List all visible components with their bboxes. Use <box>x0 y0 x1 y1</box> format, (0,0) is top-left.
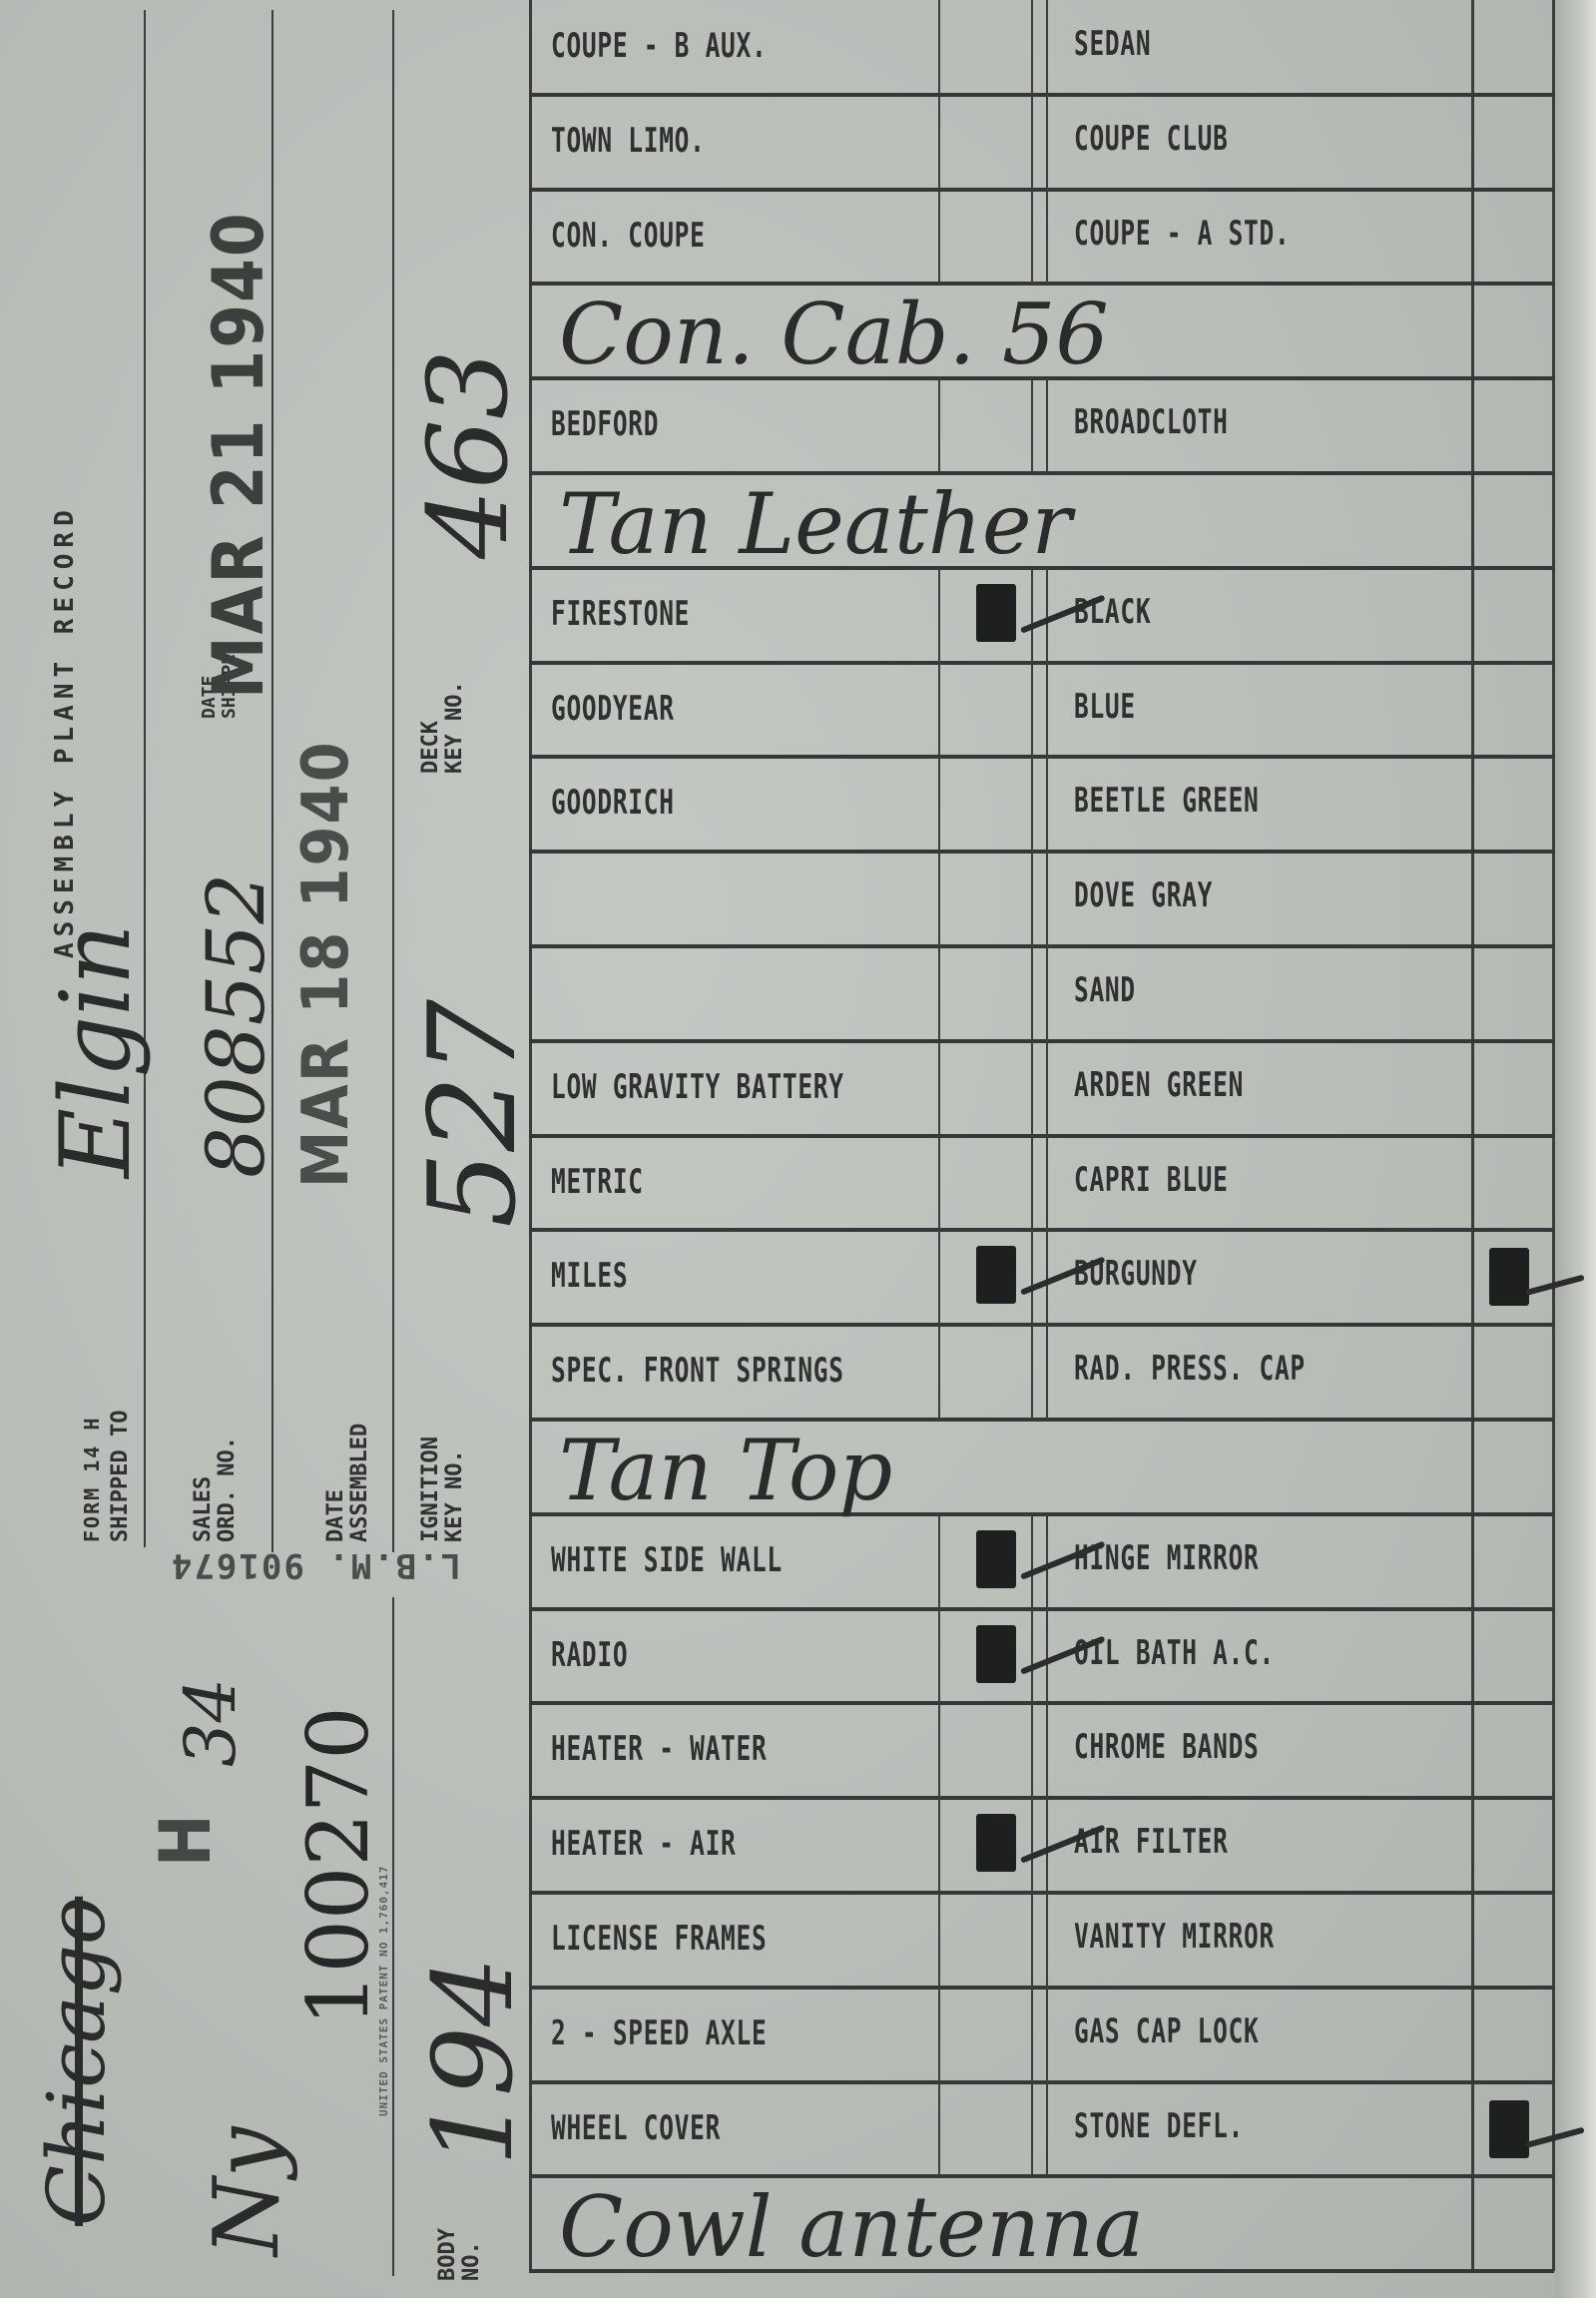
option-label-right: RAD. PRESS. CAP <box>1074 1349 1306 1389</box>
check-mark-right <box>1489 1248 1529 1306</box>
row-divider <box>529 93 1554 97</box>
option-label-left: GOODRICH <box>551 783 675 823</box>
option-checkbox-right[interactable] <box>1475 1707 1548 1792</box>
date-assembled-label: DATE ASSEMBLED <box>324 1424 372 1542</box>
option-checkbox-mid[interactable] <box>942 1140 1027 1225</box>
column-divider <box>1046 378 1048 473</box>
option-checkbox-right[interactable] <box>1475 1613 1548 1698</box>
sales-ord-label-line1: SALES <box>192 1436 216 1542</box>
divider <box>392 10 394 1552</box>
row-divider <box>529 188 1554 192</box>
column-divider <box>938 2082 940 2177</box>
option-label-left: FIRESTONE <box>551 594 690 634</box>
column-divider <box>1031 568 1033 663</box>
handwritten-note: Tan Top <box>559 1426 892 1515</box>
shipped-to-label: SHIPPED TO <box>108 1411 133 1542</box>
column-divider <box>1031 1703 1033 1798</box>
body-no-value: 194 <box>409 1957 537 2166</box>
option-label-right: VANITY MIRROR <box>1074 1917 1275 1957</box>
option-checkbox-mid[interactable] <box>942 856 1027 940</box>
option-checkbox-right[interactable] <box>1475 1992 1548 2076</box>
option-checkbox-right[interactable] <box>1475 1045 1548 1130</box>
option-label-right: GAS CAP LOCK <box>1074 2011 1260 2051</box>
serial-handwritten-code: 34 <box>170 1678 252 1767</box>
column-divider <box>1031 1230 1033 1325</box>
handwritten-note: Con. Cab. 56 <box>559 289 1109 379</box>
column-divider <box>1031 1798 1033 1893</box>
ignition-key-value: 527 <box>404 999 543 1228</box>
option-checkbox-mid[interactable] <box>942 99 1027 184</box>
column-divider <box>1031 1893 1033 1988</box>
column-divider <box>938 378 940 473</box>
crossed-out-location: Chicago <box>30 1897 123 2226</box>
column-divider <box>1046 757 1048 852</box>
column-divider <box>1031 1609 1033 1704</box>
option-checkbox-right[interactable] <box>1475 1897 1548 1982</box>
handwritten-note: Tan Leather <box>559 479 1072 569</box>
column-divider <box>1046 1514 1048 1609</box>
ignition-key-label-line1: IGNITION <box>419 1436 443 1542</box>
column-divider <box>938 1798 940 1893</box>
column-divider <box>938 1136 940 1231</box>
option-label-left: LOW GRAVITY BATTERY <box>551 1067 844 1107</box>
row-divider <box>529 850 1554 854</box>
deck-key-label-line1: DECK <box>419 681 443 774</box>
check-mark-mid <box>976 1246 1016 1304</box>
option-label-left: MILES <box>551 1256 628 1296</box>
deck-key-label: DECK KEY NO. <box>419 681 467 774</box>
column-divider <box>938 1988 940 2082</box>
row-divider <box>529 1134 1554 1138</box>
option-label-right: ARDEN GREEN <box>1074 1065 1244 1105</box>
option-checkbox-mid[interactable] <box>942 667 1027 752</box>
option-checkbox-right[interactable] <box>1475 4 1548 89</box>
option-checkbox-mid[interactable] <box>942 194 1027 279</box>
option-checkbox-right[interactable] <box>1475 1329 1548 1414</box>
column-divider <box>938 95 940 190</box>
option-checkbox-mid[interactable] <box>942 4 1027 89</box>
serial-prefix: H <box>145 1814 227 1867</box>
row-divider <box>529 1986 1554 1990</box>
option-label-left: GOODYEAR <box>551 689 675 729</box>
date-assembled-label-line2: ASSEMBLED <box>348 1424 372 1542</box>
column-divider <box>1031 190 1033 285</box>
column-divider <box>1031 95 1033 190</box>
option-label-right: BLUE <box>1074 687 1136 727</box>
column-divider <box>938 1609 940 1704</box>
column-divider <box>938 852 940 946</box>
column-divider <box>1031 2082 1033 2177</box>
column-divider <box>938 1041 940 1136</box>
column-divider <box>1046 1703 1048 1798</box>
column-divider <box>1046 1041 1048 1136</box>
option-label-left: BEDFORD <box>551 404 659 444</box>
option-label-right: BLACK <box>1074 592 1151 632</box>
option-checkbox-right[interactable] <box>1475 1140 1548 1225</box>
option-label-left: LICENSE FRAMES <box>551 1919 767 1959</box>
column-divider <box>1046 190 1048 285</box>
option-checkbox-mid[interactable] <box>942 2086 1027 2171</box>
column-divider <box>938 568 940 663</box>
row-divider <box>529 661 1554 665</box>
option-label-right: SAND <box>1074 970 1136 1010</box>
column-divider <box>1031 1514 1033 1609</box>
option-label-left: HEATER - AIR <box>551 1824 737 1864</box>
option-checkbox-mid[interactable] <box>942 761 1027 846</box>
row-divider <box>529 2080 1554 2084</box>
column-divider <box>1031 1988 1033 2082</box>
option-checkbox-right[interactable] <box>1475 761 1548 846</box>
option-label-left: RADIO <box>551 1635 628 1675</box>
divider <box>144 10 146 1547</box>
check-mark-mid <box>976 1625 1016 1683</box>
column-divider <box>1031 852 1033 946</box>
column-divider <box>938 1893 940 1988</box>
row-divider <box>529 1796 1554 1800</box>
row-divider <box>529 755 1554 759</box>
date-assembled-label-line1: DATE <box>324 1424 348 1542</box>
option-checkbox-right[interactable] <box>1475 1802 1548 1887</box>
row-divider <box>529 1701 1554 1705</box>
option-checkbox-right[interactable] <box>1475 950 1548 1035</box>
option-label-left: 2 - SPEED AXLE <box>551 2013 767 2053</box>
option-checkbox-mid[interactable] <box>942 1045 1027 1130</box>
option-checkbox-right[interactable] <box>1475 856 1548 940</box>
column-divider <box>1046 1136 1048 1231</box>
check-mark-mid <box>976 584 1016 642</box>
option-label-left: SPEC. FRONT SPRINGS <box>551 1351 844 1391</box>
column-divider <box>1046 1325 1048 1420</box>
option-checkbox-mid[interactable] <box>942 950 1027 1035</box>
option-label-right: COUPE CLUB <box>1074 119 1229 159</box>
option-label-left: WHITE SIDE WALL <box>551 1540 783 1580</box>
date-assembled-stamp: MAR 18 1940 <box>289 740 363 1188</box>
column-divider <box>1046 663 1048 758</box>
body-no-label: BODY NO. <box>436 2228 484 2281</box>
column-divider <box>1031 378 1033 473</box>
column-divider <box>938 1230 940 1325</box>
body-no-label-line2: NO. <box>460 2228 484 2281</box>
column-divider <box>938 1514 940 1609</box>
check-mark-mid <box>976 1530 1016 1588</box>
option-label-left: HEATER - WATER <box>551 1729 767 1769</box>
option-checkbox-mid[interactable] <box>942 382 1027 467</box>
option-checkbox-mid[interactable] <box>942 1992 1027 2076</box>
serial-handwritten-prefix: Ny <box>195 2126 299 2256</box>
column-divider <box>1046 1609 1048 1704</box>
option-checkbox-right[interactable] <box>1475 194 1548 279</box>
option-checkbox-right[interactable] <box>1475 99 1548 184</box>
card-edge <box>1555 0 1596 2298</box>
shipped-to-value: Elgin <box>40 923 152 1178</box>
column-divider <box>1031 1041 1033 1136</box>
lbm-number: L.B.M. 901674 <box>170 1545 461 1585</box>
column-divider <box>938 190 940 285</box>
row-divider <box>529 944 1554 948</box>
form-title: ASSEMBLY PLANT RECORD <box>50 504 80 958</box>
column-divider <box>1046 2082 1048 2177</box>
option-label-left: CON. COUPE <box>551 216 706 256</box>
date-shipped-stamp: MAR 21 1940 <box>198 211 279 699</box>
body-no-label-line1: BODY <box>436 2228 460 2281</box>
option-label-right: BEETLE GREEN <box>1074 781 1260 821</box>
option-label-right: BROADCLOTH <box>1074 402 1229 442</box>
deck-key-label-line2: KEY NO. <box>443 681 467 774</box>
row-divider <box>529 1891 1554 1895</box>
patent-number: UNITED STATES PATENT NO 1,760,417 <box>377 1865 390 2116</box>
row-divider <box>529 1607 1554 1611</box>
row-divider <box>529 1228 1554 1232</box>
column-divider <box>1046 95 1048 190</box>
column-divider <box>938 0 940 95</box>
sales-ord-label: SALES ORD. NO. <box>192 1436 240 1542</box>
option-label-left: TOWN LIMO. <box>551 121 706 161</box>
column-divider <box>1046 1893 1048 1988</box>
column-divider <box>1031 757 1033 852</box>
option-label-right: STONE DEFL. <box>1074 2106 1244 2146</box>
column-divider <box>1046 946 1048 1041</box>
option-checkbox-right[interactable] <box>1475 1518 1548 1603</box>
form-number: FORM 14 H <box>80 1417 104 1542</box>
option-label-right: CAPRI BLUE <box>1074 1160 1229 1200</box>
row-divider <box>529 1039 1554 1043</box>
column-divider <box>938 946 940 1041</box>
column-divider <box>1031 0 1033 95</box>
column-divider <box>1031 1136 1033 1231</box>
option-checkbox-right[interactable] <box>1475 572 1548 657</box>
column-divider <box>1031 663 1033 758</box>
option-label-left: WHEEL COVER <box>551 2108 721 2148</box>
column-divider <box>938 1703 940 1798</box>
option-checkbox-mid[interactable] <box>942 1707 1027 1792</box>
row-divider <box>529 1323 1554 1327</box>
column-divider <box>1046 1988 1048 2082</box>
option-checkbox-right[interactable] <box>1475 382 1548 467</box>
ignition-key-label: IGNITION KEY NO. <box>419 1436 467 1542</box>
serial-stamp: 100270 <box>289 1706 387 2026</box>
option-checkbox-right[interactable] <box>1475 667 1548 752</box>
check-mark-mid <box>976 1814 1016 1872</box>
divider <box>392 1597 394 2276</box>
deck-key-value: 463 <box>404 349 532 559</box>
sales-ord-label-line2: ORD. NO. <box>216 1436 240 1542</box>
column-divider <box>938 1325 940 1420</box>
option-label-right: SEDAN <box>1074 24 1151 64</box>
handwritten-note: Cowl antenna <box>559 2182 1144 2272</box>
column-divider <box>938 757 940 852</box>
option-label-right: CHROME BANDS <box>1074 1727 1260 1767</box>
column-divider <box>1046 568 1048 663</box>
column-divider <box>1046 0 1048 95</box>
ignition-key-label-line2: KEY NO. <box>443 1436 467 1542</box>
sales-ord-value: 808552 <box>190 873 282 1178</box>
column-divider <box>1046 852 1048 946</box>
option-label-left: METRIC <box>551 1162 644 1202</box>
column-divider <box>938 663 940 758</box>
option-checkbox-mid[interactable] <box>942 1329 1027 1414</box>
option-label-right: COUPE - A STD. <box>1074 214 1290 254</box>
option-label-left: COUPE - B AUX. <box>551 26 767 66</box>
check-mark-right <box>1489 2100 1529 2158</box>
option-checkbox-mid[interactable] <box>942 1897 1027 1982</box>
column-divider <box>1031 1325 1033 1420</box>
column-divider <box>1031 946 1033 1041</box>
option-label-right: DOVE GRAY <box>1074 875 1213 915</box>
